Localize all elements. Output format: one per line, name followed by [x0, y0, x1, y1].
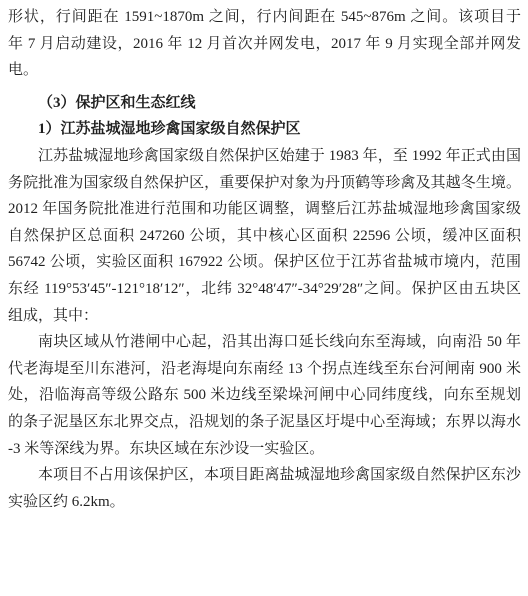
text-line: 56742 公顷，实验区面积 167922 公顷。保护区位于江苏省盐城市境内，范… [8, 249, 521, 276]
text-line: 2012 年国务院批准进行范围和功能区调整，调整后江苏盐城湿地珍禽国家级 [8, 196, 521, 223]
paragraph-line: 南块区域从竹港闸中心起，沿其出海口延长线向东至海域，向南沿 50 年 [8, 329, 521, 356]
text-line: 自然保护区总面积 247260 公顷，其中核心区面积 22596 公顷，缓冲区面… [8, 223, 521, 250]
text-line: 电。 [8, 57, 521, 84]
text-line: 处，沿临海高等级公路东 500 米边线至梁垛河闸中心同纬度线，向东至规划 [8, 382, 521, 409]
document-page: 形状，行间距在 1591~1870m 之间，行内间距在 545~876m 之间。… [0, 0, 528, 596]
text-line: 年 7 月启动建设，2016 年 12 月首次并网发电，2017 年 9 月实现… [8, 31, 521, 58]
text-line: 东经 119°53′45″-121°18′12″，北纬 32°48′47″-34… [8, 276, 521, 303]
paragraph-line: 本项目不占用该保护区，本项目距离盐城湿地珍禽国家级自然保护区东沙 [8, 462, 521, 489]
text-line: 的条子泥垦区东北界交点，沿规划的条子泥垦区圩堤中心至海域；东界以海水 [8, 409, 521, 436]
section-heading: （3）保护区和生态红线 [8, 90, 521, 117]
text-line: 代老海堤至川东港河，沿老海堤向东南经 13 个拐点连线至东台河闸南 900 米 [8, 356, 521, 383]
text-line: 组成，其中： [8, 303, 521, 330]
text-line: 实验区约 6.2km。 [8, 489, 521, 516]
text-line: -3 米等深线为界。东块区域在东沙设一实验区。 [8, 436, 521, 463]
subsection-heading: 1）江苏盐城湿地珍禽国家级自然保护区 [8, 116, 521, 143]
paragraph-line: 江苏盐城湿地珍禽国家级自然保护区始建于 1983 年，至 1992 年正式由国 [8, 143, 521, 170]
text-line: 务院批准为国家级自然保护区，重要保护对象为丹顶鹤等珍禽及其越冬生境。 [8, 170, 521, 197]
text-line: 形状，行间距在 1591~1870m 之间，行内间距在 545~876m 之间。… [8, 4, 521, 31]
